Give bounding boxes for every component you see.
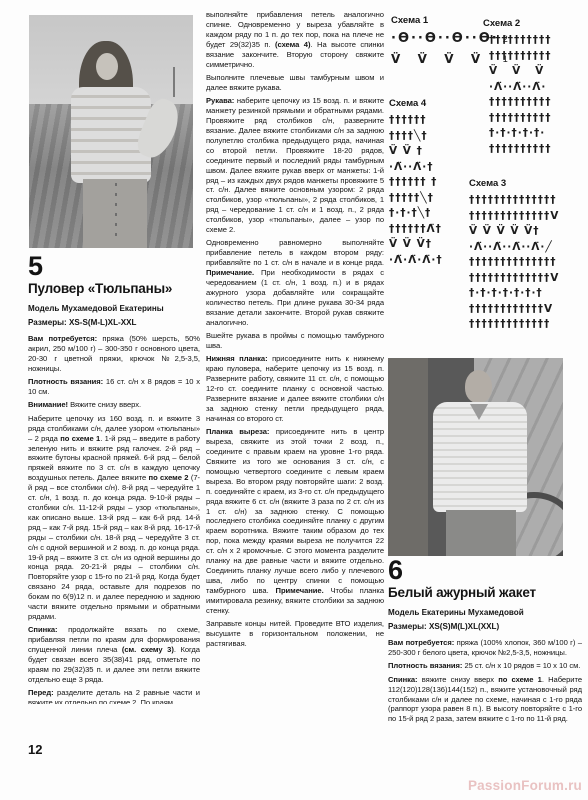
paragraph: Плотность вязания: 16 ст. с/н х 8 рядов … — [28, 377, 200, 397]
paragraph: выполняйте прибавления петель аналогично… — [206, 10, 384, 69]
article-title: Пуловер «Тюльпаны» — [28, 281, 200, 297]
chart-row: †††††††††††††† — [469, 255, 559, 271]
chart-row: †††††††††† — [489, 111, 552, 127]
chart-row: ††††╲† — [389, 129, 443, 145]
paragraph: Перед: разделите деталь на 2 равные част… — [28, 688, 200, 704]
chart-rows: †††††††††† †††††††††† V̈ V̈ V̈ ·Λ̈··Λ̈··… — [489, 33, 552, 157]
chart-row: †††††††††† — [489, 142, 552, 158]
person-face — [465, 370, 492, 403]
article-sizes: Размеры: XS(S)M(L)XL(XXL) — [388, 621, 582, 633]
crochet-chart-4: Схема 4 †††††† ††††╲† V̈ V̈ † ·Λ̈··Λ̈·† … — [389, 98, 443, 268]
person-pants — [446, 510, 516, 556]
chart-row: ††††††††††††† — [469, 317, 559, 333]
article-number: 6 — [388, 556, 582, 584]
article-model: Модель Екатерины Мухамедовой — [388, 607, 582, 619]
article-5-column: 5 Пуловер «Тюльпаны» Модель Мухамедовой … — [28, 252, 200, 704]
chart-row: †††††††††††††† — [469, 193, 559, 209]
photo-white-lace-jacket — [388, 358, 563, 556]
person-face — [96, 53, 118, 80]
paragraph: Вам потребуется: пряжа (100% хлопок, 360… — [388, 638, 582, 658]
chart-row: †††††††††††††V — [469, 271, 559, 287]
chart-rows: †††††††††††††† †††††††††††††V V̈ V̈ V̈ V… — [469, 193, 559, 333]
paragraph: Заправьте концы нитей. Проведите ВТО изд… — [206, 619, 384, 649]
chart-row: †·†·†·†·†·†·† — [469, 286, 559, 302]
paragraph: Выполните плечевые швы тамбурным швом и … — [206, 73, 384, 93]
crochet-chart-3: Схема 3 †††††††††††††† †††††††††††††V V̈… — [469, 178, 559, 333]
photo-tulip-pullover — [29, 15, 193, 248]
chart-row: †·†·†╲† — [389, 206, 443, 222]
paragraph: Одновременно равномерно выполняйте приба… — [206, 238, 384, 327]
chart-row: ·Λ̈··Λ̈··Λ̈· — [489, 80, 552, 96]
chart-row: †·†·†·†·†· — [489, 126, 552, 142]
article-title: Белый ажурный жакет — [388, 585, 582, 601]
chart-row: V̈ V̈ † — [389, 144, 443, 160]
chart-label: Схема 2 — [483, 18, 552, 29]
article-number: 5 — [28, 252, 200, 280]
chart-row: †††††††††† — [489, 95, 552, 111]
paragraph: Рукава: наберите цепочку из 15 возд. п. … — [206, 96, 384, 235]
chart-label: Схема 3 — [469, 178, 559, 189]
chart-row: †††††† — [389, 113, 443, 129]
article-5-continuation-column: выполняйте прибавления петель аналогично… — [206, 10, 384, 752]
paragraph: Вам потребуется: пряжа (50% шерсть, 50% … — [28, 334, 200, 374]
chart-row: ††††††††††††V — [469, 302, 559, 318]
paragraph: Наберите цепочку из 160 возд. п. и вяжит… — [28, 414, 200, 622]
chart-row: †††††╲† — [389, 191, 443, 207]
chart-row: V̈ V̈ V̈ V̈ V̈† — [469, 224, 559, 240]
person-skirt — [83, 179, 147, 248]
paragraph: Внимание! Вяжите снизу вверх. — [28, 400, 200, 410]
magazine-page: 5 Пуловер «Тюльпаны» Модель Мухамедовой … — [0, 0, 588, 800]
chart-row: †††††††††† — [489, 33, 552, 49]
paragraph: Планка выреза: присоедините нить в центр… — [206, 427, 384, 615]
article-sizes: Размеры: XS-S(M-L)XL-XXL — [28, 317, 200, 329]
person-vneck — [470, 404, 488, 420]
chart-row: ·Λ̈··Λ̈·† — [389, 160, 443, 176]
chart-row: ·Λ̈·Λ̈·Λ̈·† — [389, 253, 443, 269]
paragraph: Спинка: продолжайте вязать по схеме, при… — [28, 625, 200, 684]
photo-pole — [173, 67, 175, 97]
paragraph: Вшейте рукава в проймы с помощью тамбурн… — [206, 331, 384, 351]
paragraph: Нижняя планка: присоедините нить к нижне… — [206, 354, 384, 423]
chart-row: ·Λ̈··Λ̈··Λ̈··Λ̈·╱ — [469, 240, 559, 256]
chart-row: V̈ V̈ V̈† — [389, 237, 443, 253]
watermark: PassionForum.ru — [440, 778, 582, 793]
chart-rows: †††††† ††††╲† V̈ V̈ † ·Λ̈··Λ̈·† †††††† †… — [389, 113, 443, 268]
article-6-column: 6 Белый ажурный жакет Модель Екатерины М… — [388, 556, 582, 794]
paragraph: Спинка: вяжите снизу вверх по схеме 1. Н… — [388, 675, 582, 725]
crochet-chart-2: Схема 2 †††††††††† †††††††††† V̈ V̈ V̈ ·… — [483, 18, 552, 157]
chart-row: †††††† † — [389, 175, 443, 191]
chart-label: Схема 4 — [389, 98, 443, 109]
chart-row: ††††††Λ̈† — [389, 222, 443, 238]
chart-row: †††††††††††††V — [469, 209, 559, 225]
page-number: 12 — [28, 742, 42, 757]
chart-row: †††††††††† — [489, 49, 552, 65]
photo-wall — [388, 358, 428, 556]
chart-row: V̈ V̈ V̈ — [489, 64, 552, 80]
paragraph: Плотность вязания: 25 ст. с/н х 10 рядов… — [388, 661, 582, 671]
article-model: Модель Мухамедовой Екатерины — [28, 303, 200, 315]
